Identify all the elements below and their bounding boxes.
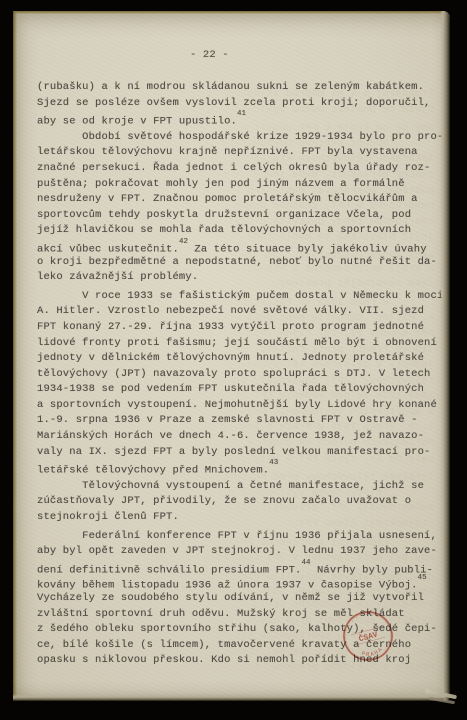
text-line: 1934-1938 se pod vedením FPT uskutečnila…	[37, 382, 442, 398]
text-line: lidové fronty proti fašismu; její součás…	[37, 336, 442, 352]
text-line: značné persekuci. Řada jednot i celých o…	[37, 161, 442, 177]
text-line: jednoty v dělnickém tělovýchovným hnutí.…	[37, 351, 442, 367]
text-line: Vycházely ze soudobého stylu odívání, v …	[37, 591, 442, 607]
text-line: akcí vůbec uskutečnit.42 Za této situace…	[37, 239, 442, 255]
footnote-ref: 41	[237, 110, 246, 118]
text-line: leko závažnější problémy.	[37, 270, 442, 286]
footnote-ref: 42	[179, 238, 188, 246]
paragraph: Tělovýchovná vystoupení a četné manifest…	[37, 479, 442, 526]
text-line: A. Hitler. Vzrostlo nebezpečí nové světo…	[37, 304, 442, 320]
text-line: jejíž hlavičkou se mohla řada tělovýchov…	[37, 223, 442, 239]
text-line: o kroji bezpředmětné a nepodstatné, nebo…	[37, 255, 442, 271]
scanned-page-photo: (rubašku) a k ní modrou skládanou sukni …	[0, 0, 467, 720]
text-line: Období světové hospodářské krize 1929-19…	[37, 130, 442, 146]
paragraph: V roce 1933 se fašistickým pučem dostal …	[37, 289, 442, 476]
body-text: (rubašku) a k ní modrou skládanou sukni …	[37, 80, 442, 669]
stamp-center-text: ČSAV	[358, 630, 379, 645]
text-line: puštěna; pokračovat mohly jen pod jiným …	[37, 177, 442, 193]
paragraph: Období světové hospodářské krize 1929-19…	[37, 130, 442, 286]
text-line: a sportovních vystoupení. Nejmohutnější …	[37, 398, 442, 414]
text-line: valy na IX. sjezd FPT a byly poslední ve…	[37, 445, 442, 461]
page-edge-right	[440, 11, 450, 701]
document-page: (rubašku) a k ní modrou skládanou sukni …	[13, 11, 450, 701]
footnote-ref: 44	[302, 559, 311, 567]
text-line: tělovýchovy (JPT) navazovaly proto spolu…	[37, 367, 442, 383]
text-line: stejnokroji členů FPT.	[37, 510, 442, 526]
page-number: - 22 -	[190, 49, 229, 61]
text-line: aby byl opět zaveden v JPT stejnokroj. V…	[37, 544, 442, 560]
page-edge-left	[13, 11, 17, 697]
text-line: Federální konference FPT v říjnu 1936 př…	[37, 529, 442, 545]
text-line: 1.-9. srpna 1936 v Praze a zemské slavno…	[37, 413, 442, 429]
text-line: Sjezd se posléze ovšem vyslovil zcela pr…	[37, 96, 442, 112]
text-line: aby se od kroje v FPT upustilo.41	[37, 111, 442, 127]
page-edge-top	[13, 11, 446, 14]
paragraph: (rubašku) a k ní modrou skládanou sukni …	[37, 80, 442, 127]
text-line: Tělovýchovná vystoupení a četné manifest…	[37, 479, 442, 495]
footnote-ref: 43	[269, 459, 278, 467]
footnote-ref: 45	[418, 574, 427, 582]
page-edge-bottom	[13, 694, 444, 701]
text-line: (rubašku) a k ní modrou skládanou sukni …	[37, 80, 442, 96]
text-line: kovány během listopadu 1936 až února 193…	[37, 575, 442, 591]
text-line: nesdruženy v FPT. Značnou pomoc proletář…	[37, 192, 442, 208]
text-line: zúčastňovaly JPT, přivodily, že se znovu…	[37, 494, 442, 510]
text-line: letářskou tělovýchovu krajně nepříznivé.…	[37, 145, 442, 161]
text-line: sportovcům tehdy poskytla družstevní org…	[37, 208, 442, 224]
text-line: V roce 1933 se fašistickým pučem dostal …	[37, 289, 442, 305]
text-line: letářské tělovýchovy před Mnichovem.43	[37, 460, 442, 476]
text-line: FPT konaný 27.-29. října 1933 vytýčil pr…	[37, 320, 442, 336]
text-line: Mariánských Horách ve dnech 4.-6. červen…	[37, 429, 442, 445]
stamp-arc-marks: ∙∙∙∙∙∙∙	[344, 608, 383, 630]
text-line: dení definitivně schválilo presidium FPT…	[37, 560, 442, 576]
library-stamp: ∙∙∙∙∙∙∙ PRAHA ČSAV	[340, 608, 396, 664]
